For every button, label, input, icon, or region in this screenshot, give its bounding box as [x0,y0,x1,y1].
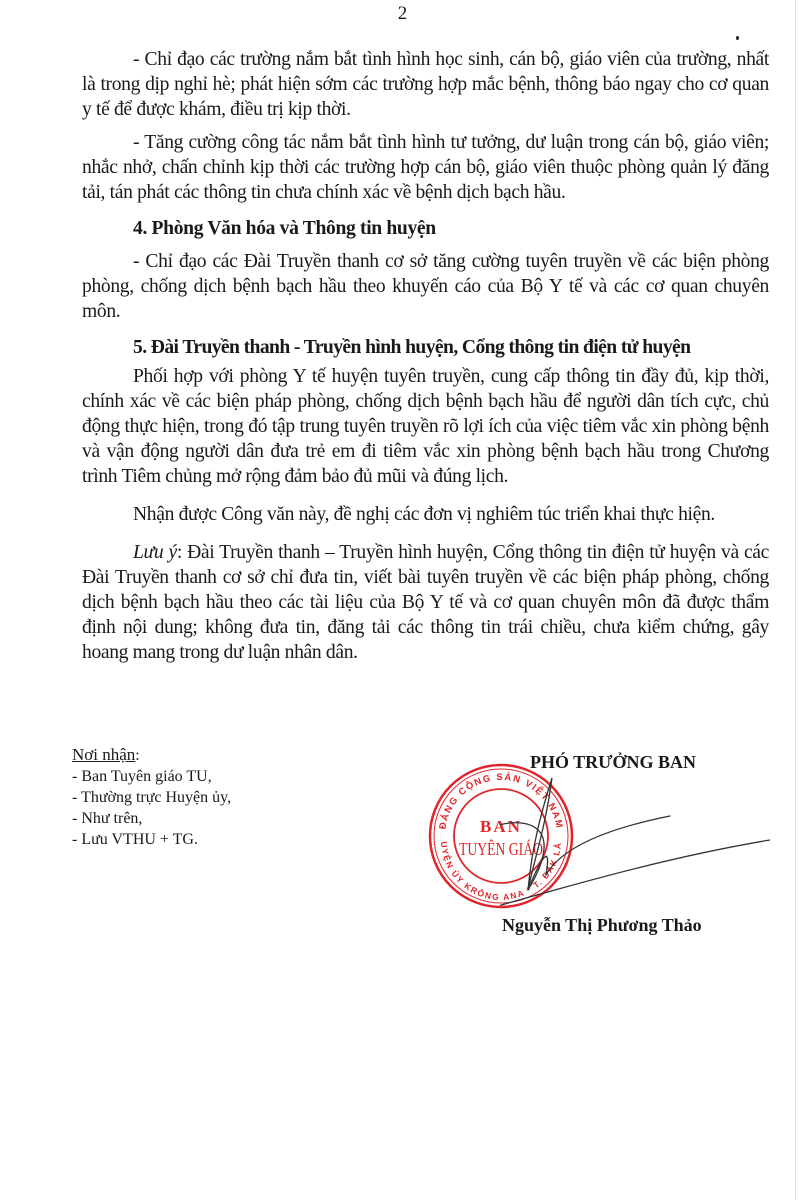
recipient-item: - Lưu VTHU + TG. [72,829,231,850]
handwritten-signature-icon [500,770,770,910]
body-text: - Chỉ đạo các trường nắm bắt tình hình h… [82,47,769,665]
document-page: 2 - Chỉ đạo các trường nắm bắt tình hình… [0,0,805,1200]
recipients-block: Nơi nhận: - Ban Tuyên giáo TU, - Thường … [72,744,231,850]
note-text: : Đài Truyền thanh – Truyền hình huyện, … [82,542,769,663]
note-label: Lưu ý [133,542,177,563]
paragraph-note: Lưu ý: Đài Truyền thanh – Truyền hình hu… [82,540,769,665]
scan-speck [736,36,739,40]
page-number: 2 [0,3,805,25]
section-heading-5: 5. Đài Truyền thanh - Truyền hình huyện,… [82,335,769,360]
recipient-item: - Ban Tuyên giáo TU, [72,766,231,787]
signer-name: Nguyễn Thị Phương Thảo [502,915,702,936]
recipients-title-colon: : [135,747,139,764]
paragraph-ideology-monitoring: - Tăng cường công tác nắm bắt tình hình … [82,130,769,205]
section-heading-4: 4. Phòng Văn hóa và Thông tin huyện [82,216,769,241]
paragraph-school-monitoring: - Chỉ đạo các trường nắm bắt tình hình h… [82,47,769,122]
paragraph-implementation: Nhận được Công văn này, đề nghị các đơn … [82,502,769,527]
recipient-item: - Thường trực Huyện ủy, [72,787,231,808]
scan-edge-line [795,0,796,1200]
recipient-item: - Như trên, [72,808,231,829]
paragraph-culture-office: - Chỉ đạo các Đài Truyền thanh cơ sở tăn… [82,249,769,324]
recipients-title: Nơi nhận [72,745,135,764]
paragraph-broadcasting: Phối hợp với phòng Y tế huyện tuyên truy… [82,364,769,489]
